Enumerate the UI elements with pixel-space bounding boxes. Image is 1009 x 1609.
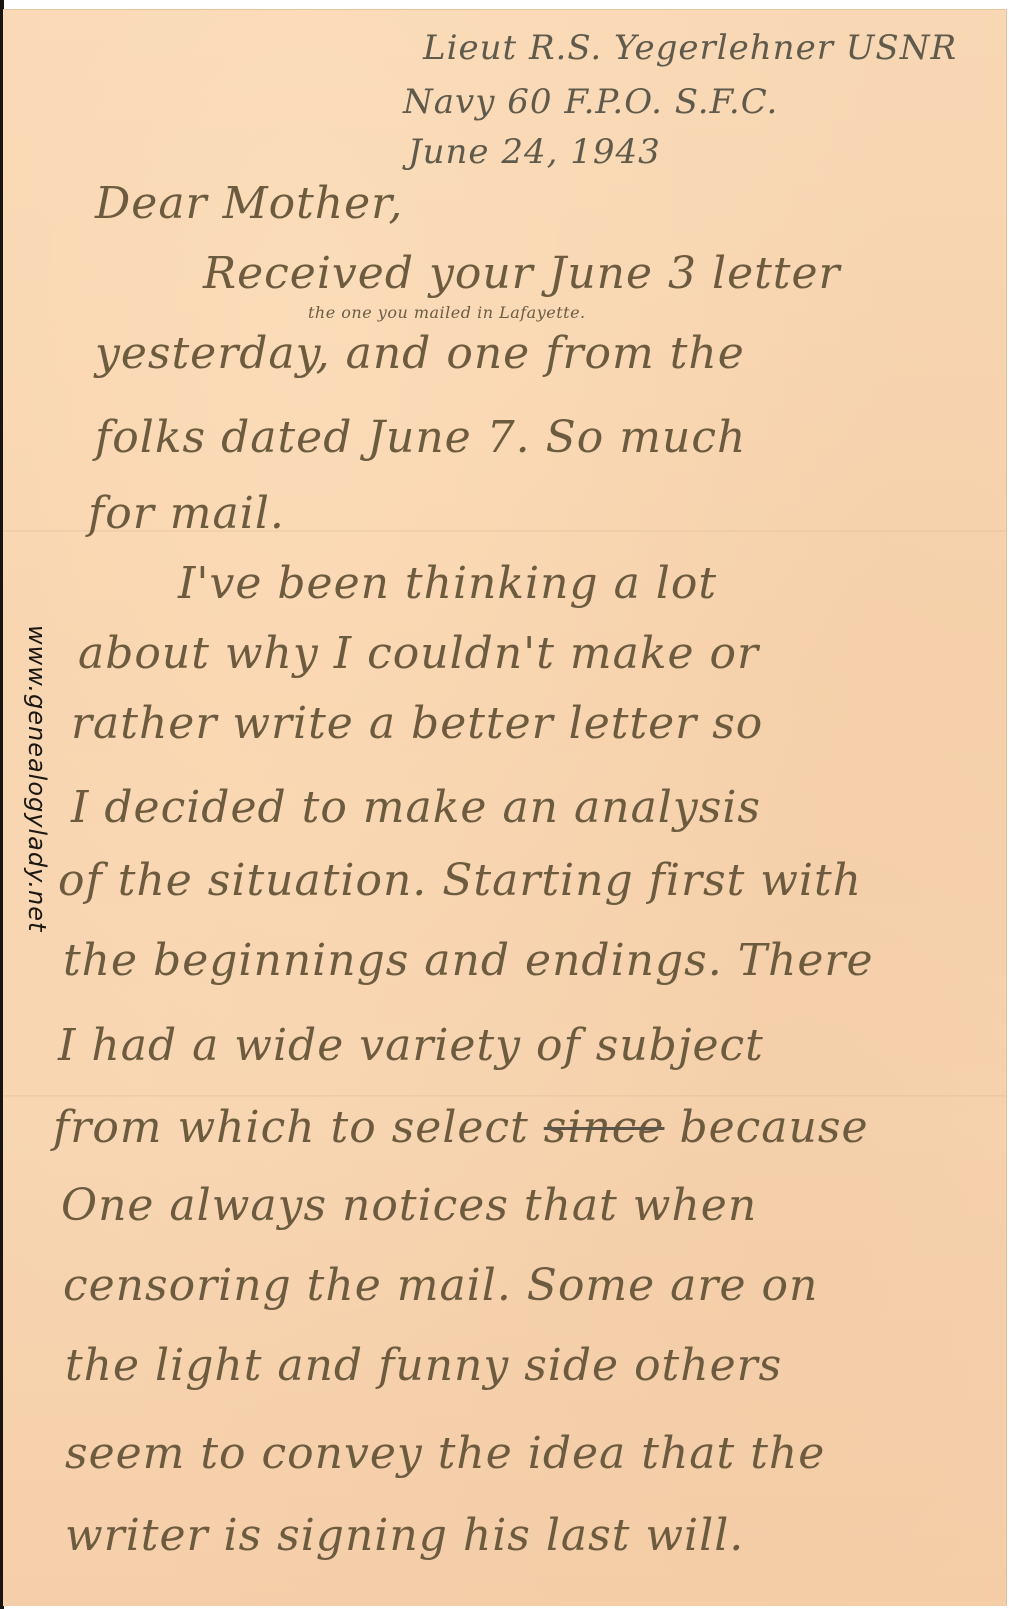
letter-line: I've been thinking a lot <box>178 558 717 609</box>
letter-line: rather write a better letter so <box>71 698 763 749</box>
letter-line: I had a wide variety of subject <box>58 1020 764 1071</box>
letter-line: seem to convey the idea that the <box>65 1428 825 1479</box>
sender-line: Lieut R.S. Yegerlehner USNR <box>423 28 957 68</box>
letter-line: censoring the mail. Some are on <box>63 1260 818 1311</box>
letter-line: of the situation. Starting first with <box>58 855 862 906</box>
letter-page: Lieut R.S. Yegerlehner USNR Navy 60 F.P.… <box>3 9 1007 1606</box>
letter-line: writer is signing his last will. <box>65 1510 744 1561</box>
paper-fold <box>3 1095 1006 1097</box>
letter-line: from which to select since because <box>53 1102 869 1153</box>
letter-line: yesterday, and one from the <box>95 328 745 379</box>
date-line: June 24, 1943 <box>408 132 661 172</box>
letter-line: One always notices that when <box>61 1180 757 1231</box>
watermark-text: www.genealogylady.net <box>11 625 51 975</box>
interlinear-note: the one you mailed in Lafayette. <box>308 303 586 322</box>
letter-line: for mail. <box>88 488 285 539</box>
letter-line: about why I couldn't make or <box>78 628 759 679</box>
salutation: Dear Mother, <box>95 178 403 229</box>
letter-line: I decided to make an analysis <box>71 782 761 833</box>
letter-text: because <box>679 1102 868 1153</box>
letter-line: folks dated June 7. So much <box>95 412 746 463</box>
letter-line: the beginnings and endings. There <box>63 935 874 986</box>
address-line: Navy 60 F.P.O. S.F.C. <box>403 82 778 122</box>
letter-text: from which to select <box>53 1102 529 1153</box>
struck-word: since <box>544 1102 665 1153</box>
letter-line: Received your June 3 letter <box>203 248 841 299</box>
letter-line: the light and funny side others <box>65 1340 782 1391</box>
